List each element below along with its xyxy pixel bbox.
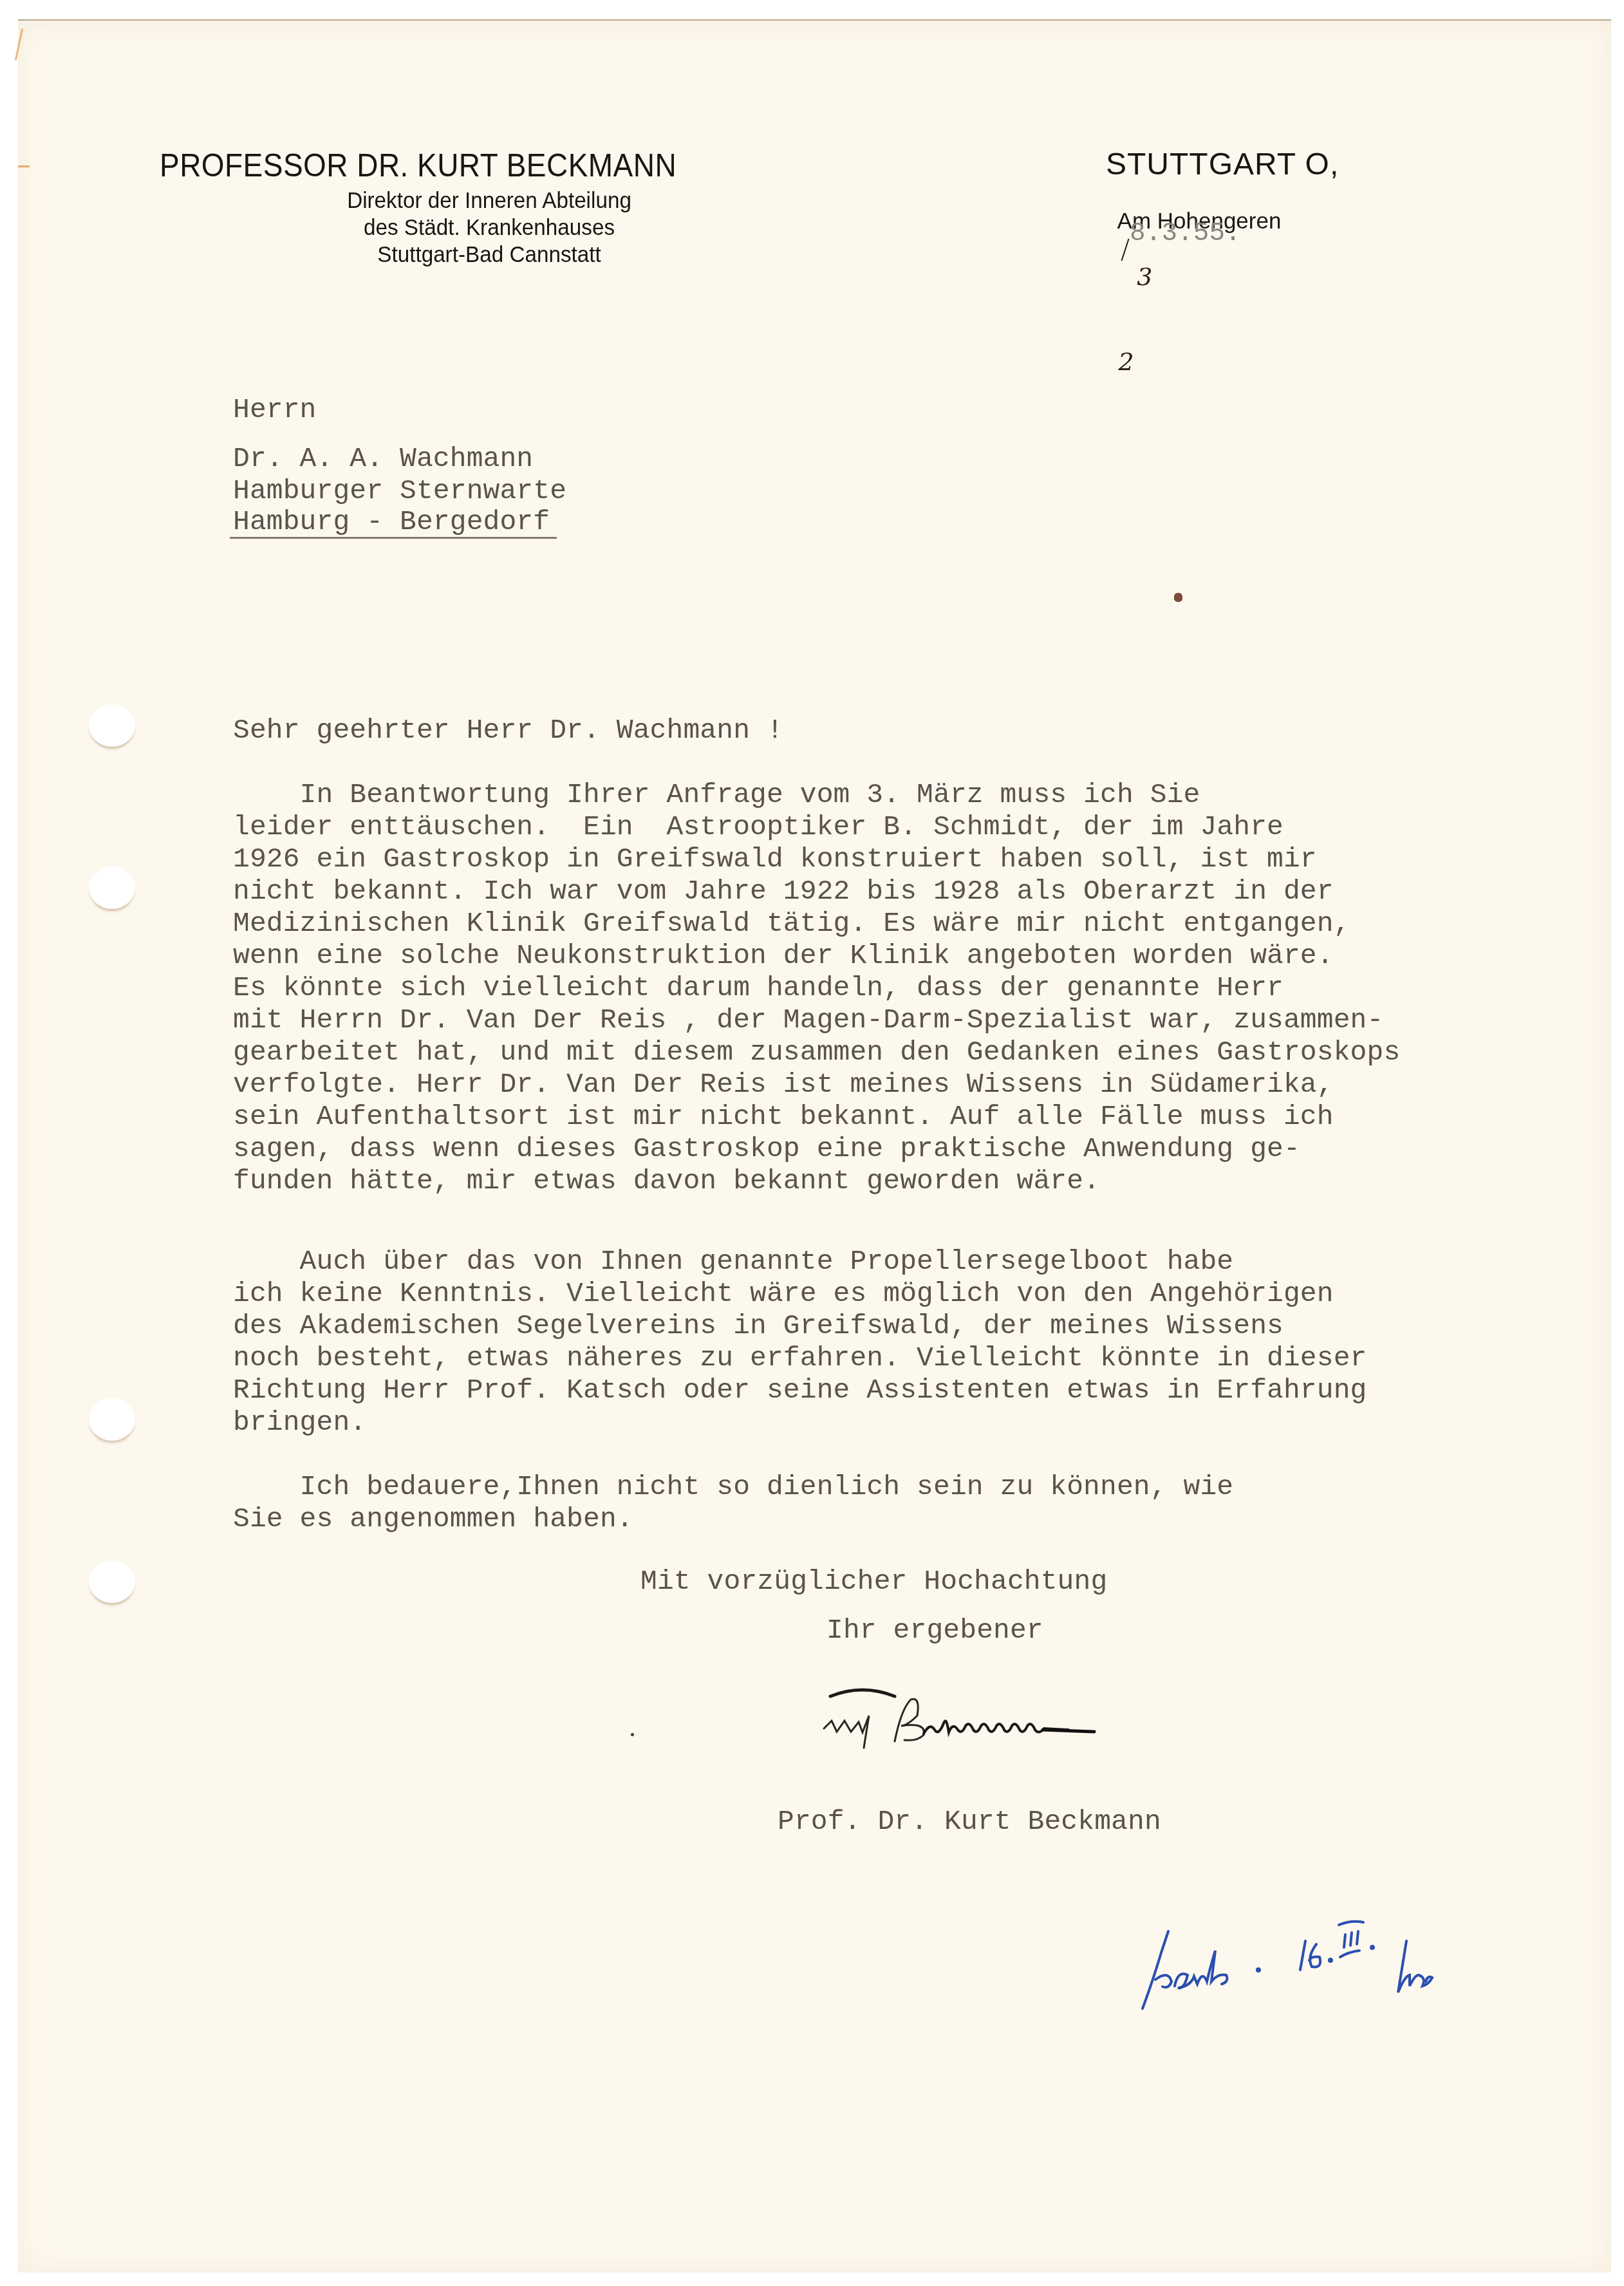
closing-line-2: Ihr ergebener	[826, 1615, 1043, 1647]
body-line: mit Herrn Dr. Van Der Reis , der Magen-D…	[233, 1004, 1383, 1036]
closing-line-1: Mit vorzüglicher Hochachtung	[640, 1566, 1107, 1598]
ink-speck	[631, 1733, 634, 1736]
street-number-struck: 3	[1106, 263, 1153, 348]
handwritten-annotation	[1107, 1906, 1506, 2028]
street-number-handwritten: 2	[1118, 348, 1134, 376]
recipient-line-2: Hamburger Sternwarte	[233, 475, 566, 507]
punch-hole	[89, 704, 135, 747]
letterhead-subtitle-1: Direktor der Inneren Abteilung	[245, 188, 734, 214]
body-line: sagen, dass wenn dieses Gastroskop eine …	[233, 1133, 1300, 1165]
body-line: Sie es angenommen haben.	[233, 1503, 633, 1535]
recipient-line-3: Hamburg - Bergedorf	[233, 506, 550, 538]
body-line: des Akademischen Segelvereins in Greifsw…	[233, 1310, 1283, 1342]
body-line: gearbeitet hat, und mit diesem zusammen …	[233, 1036, 1400, 1069]
body-line: noch besteht, etwas näheres zu erfahren.…	[233, 1342, 1367, 1374]
body-line: bringen.	[233, 1407, 366, 1439]
typed-signatory-name: Prof. Dr. Kurt Beckmann	[778, 1806, 1161, 1838]
body-line: Auch über das von Ihnen genannte Propell…	[233, 1246, 1233, 1278]
body-line: wenn eine solche Neukonstruktion der Kli…	[233, 940, 1334, 972]
body-line: 1926 ein Gastroskop in Greifswald konstr…	[233, 843, 1317, 876]
body-line: sein Aufenthaltsort ist mir nicht bekann…	[233, 1101, 1334, 1133]
recipient-line-1: Dr. A. A. Wachmann	[233, 443, 533, 475]
letterhead-street: Am Hohengeren 3 2	[1106, 183, 1281, 376]
edge-stain	[15, 28, 23, 61]
body-line: Ich bedauere,Ihnen nicht so dienlich sei…	[233, 1471, 1233, 1503]
body-line: ich keine Kenntnis. Vielleicht wäre es m…	[233, 1278, 1334, 1310]
punch-hole	[89, 1560, 135, 1603]
strike-mark	[1121, 239, 1130, 261]
punch-hole	[89, 867, 135, 909]
signature	[792, 1671, 1255, 1767]
body-line: verfolgte. Herr Dr. Van Der Reis ist mei…	[233, 1069, 1334, 1101]
letterhead-name: PROFESSOR DR. KURT BECKMANN	[160, 147, 677, 184]
body-line: Es könnte sich vielleicht darum handeln,…	[233, 972, 1283, 1004]
body-line: leider enttäuschen. Ein Astrooptiker B. …	[233, 811, 1283, 843]
letterhead-subtitle-3: Stuttgart-Bad Cannstatt	[245, 242, 734, 268]
letter-date: 8.3.55.	[1130, 218, 1241, 250]
body-line: Medizinischen Klinik Greifswald tätig. E…	[233, 908, 1350, 940]
ink-speck	[1174, 593, 1182, 602]
greeting: Sehr geehrter Herr Dr. Wachmann !	[233, 715, 783, 747]
body-line: Richtung Herr Prof. Katsch oder seine As…	[233, 1374, 1367, 1407]
letterhead-city: STUTTGART O,	[1106, 147, 1339, 182]
body-line: In Beantwortung Ihrer Anfrage vom 3. Mär…	[233, 779, 1200, 811]
body-line: funden hätte, mir etwas davon bekannt ge…	[233, 1165, 1100, 1197]
body-line: nicht bekannt. Ich war vom Jahre 1922 bi…	[233, 876, 1334, 908]
recipient-underline	[230, 537, 557, 539]
letterhead-subtitle-2: des Städt. Krankenhauses	[245, 215, 734, 241]
edge-stain	[18, 165, 30, 167]
punch-hole	[89, 1398, 135, 1441]
recipient-prefix: Herrn	[233, 394, 317, 426]
